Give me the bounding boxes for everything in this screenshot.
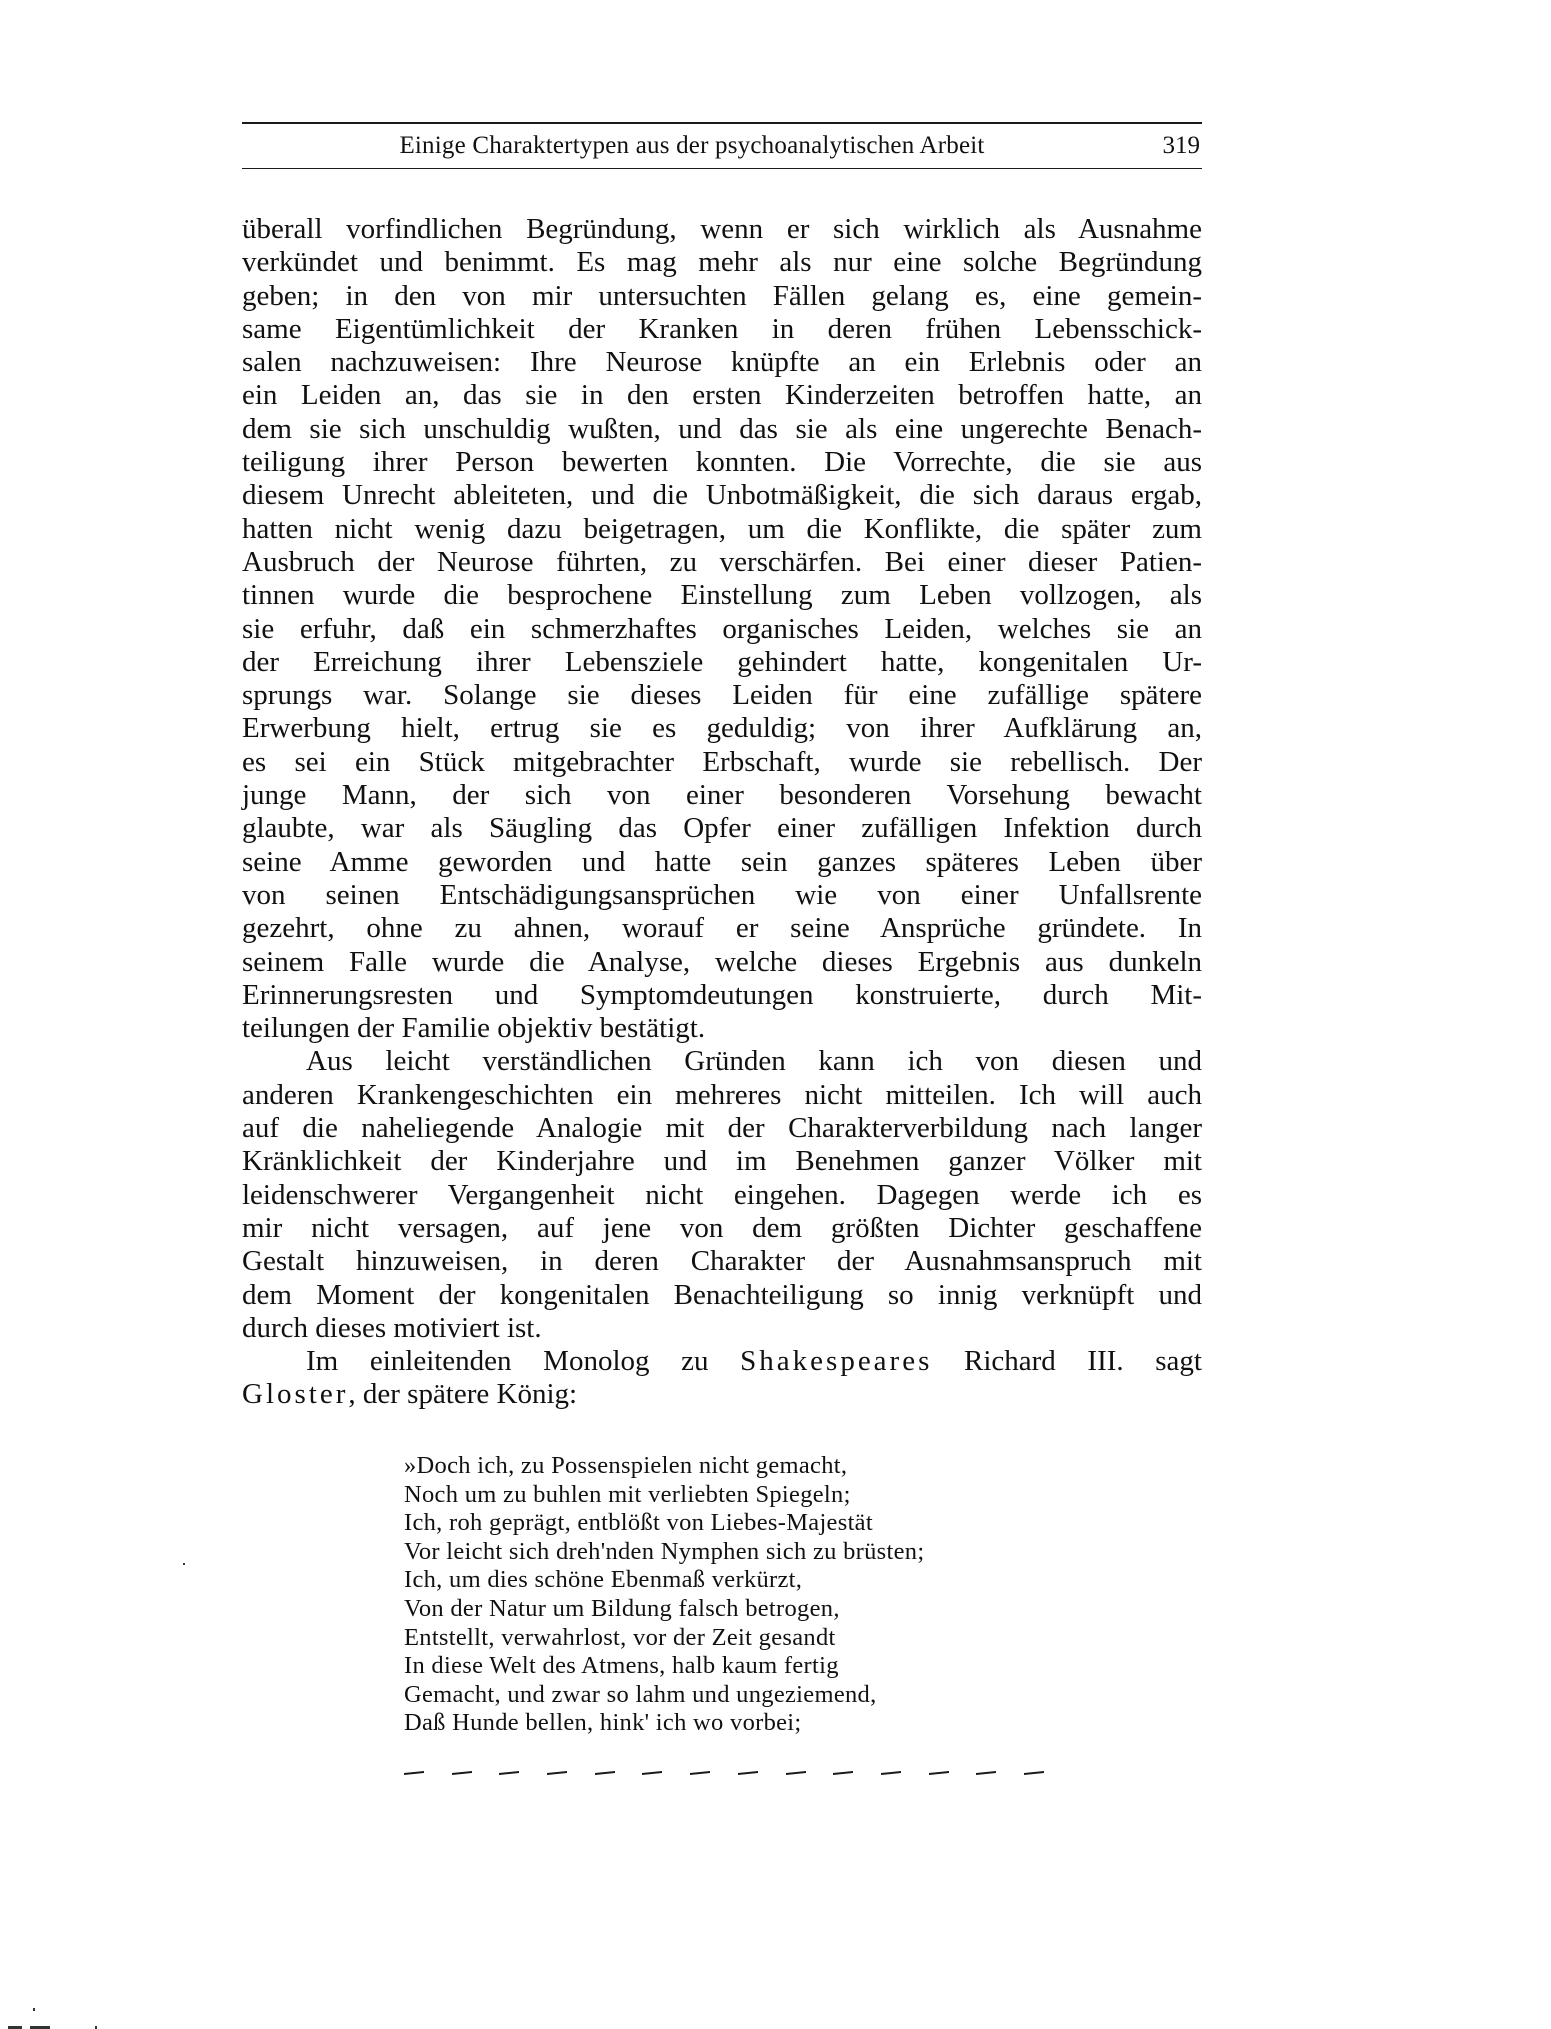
text-line: anderen Krankengeschichten ein mehreres … [242,1079,1202,1112]
verse-line: Ich, roh geprägt, entblößt von Liebes-Ma… [404,1509,1044,1538]
verse-quotation: »Doch ich, zu Possenspielen nicht gemach… [404,1452,1044,1738]
omission-dash [786,1771,806,1775]
text-line: seinem Falle wurde die Analyse, welche d… [242,946,1202,979]
verse-line: Vor leicht sich dreh'nden Nymphen sich z… [404,1538,1044,1567]
book-page: Einige Charaktertypen aus der psychoanal… [0,0,1551,2029]
text-line-paragraph-end: Gloster, der spätere König: [242,1378,1202,1411]
omission-dash [499,1771,519,1775]
omission-dash [642,1771,662,1775]
text-line: same Eigentümlichkeit der Kranken in der… [242,313,1202,346]
verse-line: In diese Welt des Atmens, halb kaum fert… [404,1652,1044,1681]
running-header: Einige Charaktertypen aus der psychoanal… [242,122,1202,170]
page-number: 319 [1163,132,1201,160]
text-line: verkündet und benimmt. Es mag mehr als n… [242,246,1202,279]
verse-line: Gemacht, und zwar so lahm und ungeziemen… [404,1681,1044,1710]
omission-dash [929,1771,949,1775]
text-fragment: Richard III. sagt [932,1345,1202,1377]
verse-line: Ich, um dies schöne Ebenmaß verkürzt, [404,1566,1044,1595]
text-line: gezehrt, ohne zu ahnen, worauf er seine … [242,912,1202,945]
verse-line: Noch um zu buhlen mit verliebten Spiegel… [404,1481,1044,1510]
header-bottom-rule [242,168,1202,169]
text-line: von seinen Entschädigungsansprüchen wie … [242,879,1202,912]
omission-dash [976,1771,996,1775]
text-line: es sei ein Stück mitgebrachter Erbschaft… [242,746,1202,779]
omission-dash [1024,1771,1044,1775]
text-line: dem Moment der kongenitalen Benachteilig… [242,1279,1202,1312]
text-line: der Erreichung ihrer Lebensziele gehinde… [242,646,1202,679]
character-name-spaced: Gloster [242,1378,348,1410]
text-line: mir nicht versagen, auf jene von dem grö… [242,1212,1202,1245]
text-line-paragraph-end: teilungen der Familie objektiv bestätigt… [242,1012,1202,1045]
text-line: hatten nicht wenig dazu beigetragen, um … [242,513,1202,546]
text-line-paragraph-end: durch dieses motiviert ist. [242,1312,1202,1345]
scan-speck [183,1563,185,1565]
omission-dash [690,1771,710,1775]
text-line: seine Amme geworden und hatte sein ganze… [242,846,1202,879]
verse-line: »Doch ich, zu Possenspielen nicht gemach… [404,1452,1044,1481]
text-line: dem sie sich unschuldig wußten, und das … [242,413,1202,446]
text-line-paragraph-start: Im einleitenden Monolog zu Shakespeares … [242,1345,1202,1378]
text-fragment: Im einleitenden Monolog zu [306,1345,740,1377]
omission-dash [738,1771,758,1775]
text-line: ein Leiden an, das sie in den ersten Kin… [242,379,1202,412]
running-title: Einige Charaktertypen aus der psychoanal… [242,132,1082,160]
body-text: überall vorfindlichen Begründung, wenn e… [242,213,1202,1412]
verse-line: Von der Natur um Bildung falsch betrogen… [404,1595,1044,1624]
text-line: Ausbruch der Neurose führten, zu verschä… [242,546,1202,579]
omission-dash [595,1771,615,1775]
header-top-rule [242,122,1202,124]
text-line: überall vorfindlichen Begründung, wenn e… [242,213,1202,246]
omission-dash [881,1771,901,1775]
omission-dash [404,1771,424,1775]
text-line: Gestalt hinzuweisen, in deren Charakter … [242,1245,1202,1278]
verse-line: Daß Hunde bellen, hink' ich wo vorbei; [404,1709,1044,1738]
omission-dash [833,1771,853,1775]
text-fragment: , der spätere König: [348,1378,577,1410]
text-line: sie erfuhr, daß ein schmerzhaftes organi… [242,613,1202,646]
verse-line: Entstellt, verwahrlost, vor der Zeit ges… [404,1624,1044,1653]
omission-dashes [404,1772,1044,1774]
text-line-paragraph-start: Aus leicht verständlichen Gründen kann i… [242,1045,1202,1078]
text-line: teiligung ihrer Person bewerten konnten.… [242,446,1202,479]
text-line: diesem Unrecht ableiteten, und die Unbot… [242,479,1202,512]
text-line: sprungs war. Solange sie dieses Leiden f… [242,679,1202,712]
text-line: salen nachzuweisen: Ihre Neurose knüpfte… [242,346,1202,379]
text-line: auf die naheliegende Analogie mit der Ch… [242,1112,1202,1145]
omission-dash [452,1771,472,1775]
text-line: leidenschwerer Vergangenheit nicht einge… [242,1179,1202,1212]
author-name-spaced: Shakespeares [740,1345,932,1377]
text-line: Kränklichkeit der Kinderjahre und im Ben… [242,1145,1202,1178]
scan-speck [33,2008,35,2011]
text-line: geben; in den von mir untersuchten Fälle… [242,280,1202,313]
text-line: Erinnerungsresten und Symptomdeutungen k… [242,979,1202,1012]
omission-dash [547,1771,567,1775]
text-line: glaubte, war als Säugling das Opfer eine… [242,812,1202,845]
text-line: tinnen wurde die besprochene Einstellung… [242,579,1202,612]
text-line: junge Mann, der sich von einer besondere… [242,779,1202,812]
text-line: Erwerbung hielt, ertrug sie es geduldig;… [242,712,1202,745]
